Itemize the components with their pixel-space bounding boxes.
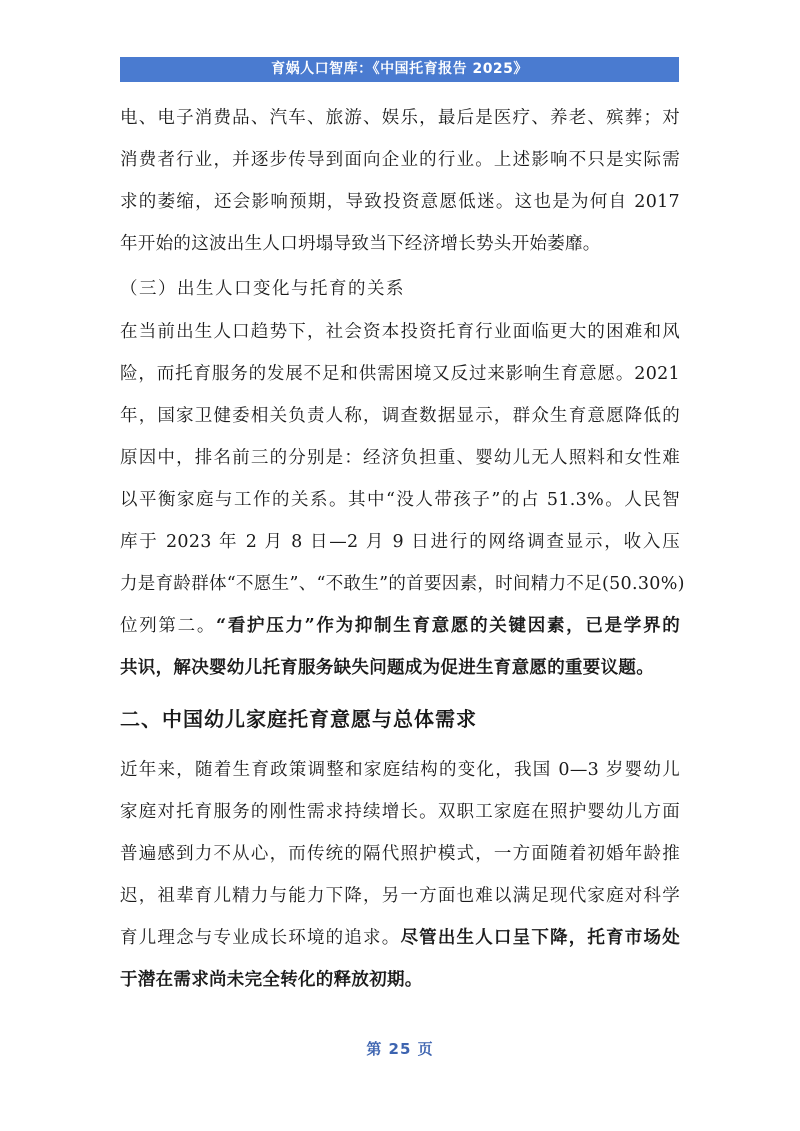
text-line: 库于 2023 年 2 月 8 日—2 月 9 日进行的网络调查显示，收入压 xyxy=(120,521,680,563)
text-line: 求的萎缩，还会影响预期，导致投资意愿低迷。这也是为何自 2017 xyxy=(120,181,680,223)
text-normal: 育儿理念与专业成长环境的追求。 xyxy=(120,928,400,948)
text-line-mixed: 位列第二。“看护压力”作为抑制生育意愿的关键因素，已是学界的 xyxy=(120,605,680,647)
paragraph-birth-childcare-relation: 在当前出生人口趋势下，社会资本投资托育行业面临更大的困难和风 险，而托育服务的发… xyxy=(120,311,680,689)
text-line-emphasis: 于潜在需求尚未完全转化的释放初期。 xyxy=(120,959,680,1001)
text-line: 年开始的这波出生人口坍塌导致当下经济增长势头开始萎靡。 xyxy=(120,223,680,265)
text-emphasis: “看护压力”作为抑制生育意愿的关键因素，已是学界的 xyxy=(216,616,680,636)
paragraph-childcare-demand: 近年来，随着生育政策调整和家庭结构的变化，我国 0—3 岁婴幼儿 家庭对托育服务… xyxy=(120,749,680,1001)
text-line-mixed: 育儿理念与专业成长环境的追求。尽管出生人口呈下降，托育市场处 xyxy=(120,917,680,959)
subsection-heading: （三）出生人口变化与托育的关系 xyxy=(120,267,680,311)
text-line: 在当前出生人口趋势下，社会资本投资托育行业面临更大的困难和风 xyxy=(120,311,680,353)
paragraph-economic-impact: 电、电子消费品、汽车、旅游、娱乐，最后是医疗、养老、殡葬；对 消费者行业，并逐步… xyxy=(120,97,680,265)
text-normal: 位列第二。 xyxy=(120,616,216,636)
text-line-emphasis: 共识，解决婴幼儿托育服务缺失问题成为促进生育意愿的重要议题。 xyxy=(120,647,680,689)
text-emphasis: 尽管出生人口呈下降，托育市场处 xyxy=(400,928,680,948)
text-line: 险，而托育服务的发展不足和供需困境又反过来影响生育意愿。2021 xyxy=(120,353,680,395)
text-line: 消费者行业，并逐步传导到面向企业的行业。上述影响不只是实际需 xyxy=(120,139,680,181)
document-header-banner: 育娲人口智库：《中国托育报告 2025》 xyxy=(120,57,679,82)
text-line: 电、电子消费品、汽车、旅游、娱乐，最后是医疗、养老、殡葬；对 xyxy=(120,97,680,139)
text-line: 家庭对托育服务的刚性需求持续增长。双职工家庭在照护婴幼儿方面 xyxy=(120,791,680,833)
text-line: 近年来，随着生育政策调整和家庭结构的变化，我国 0—3 岁婴幼儿 xyxy=(120,749,680,791)
text-line: 普遍感到力不从心，而传统的隔代照护模式，一方面随着初婚年龄推 xyxy=(120,833,680,875)
text-line: 以平衡家庭与工作的关系。其中“没人带孩子”的占 51.3%。人民智 xyxy=(120,479,680,521)
text-line: 力是育龄群体“不愿生”、“不敢生”的首要因素，时间精力不足(50.30%) xyxy=(120,563,680,605)
text-line: 年，国家卫健委相关负责人称，调查数据显示，群众生育意愿降低的 xyxy=(120,395,680,437)
section-heading: 二、中国幼儿家庭托育意愿与总体需求 xyxy=(120,691,680,747)
document-header-title: 育娲人口智库：《中国托育报告 2025》 xyxy=(271,61,528,77)
page-body: 电、电子消费品、汽车、旅游、娱乐，最后是医疗、养老、殡葬；对 消费者行业，并逐步… xyxy=(120,97,680,1001)
text-line: 原因中，排名前三的分别是：经济负担重、婴幼儿无人照料和女性难 xyxy=(120,437,680,479)
text-line: 迟，祖辈育儿精力与能力下降，另一方面也难以满足现代家庭对科学 xyxy=(120,875,680,917)
page-number: 第 25 页 xyxy=(0,1038,800,1059)
